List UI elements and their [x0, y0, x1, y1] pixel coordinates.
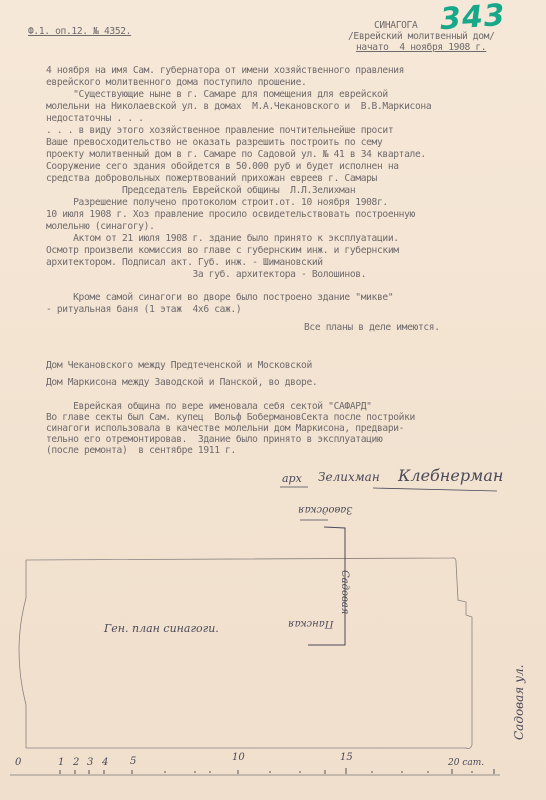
- street-label-sadovaya-right: Садовая ул.: [512, 665, 526, 740]
- street-label-zavodskaya: Заводская: [298, 504, 353, 515]
- scale-tick-label: 0: [15, 757, 21, 768]
- street-label-panskaya: Панская: [288, 618, 333, 629]
- scale-tick-label: 3: [87, 757, 93, 768]
- site-plan-caption: Ген. план синагоги.: [104, 622, 219, 635]
- scale-tick-label: 2: [73, 757, 79, 768]
- site-plan-drawing: [0, 0, 546, 800]
- scale-tick-label: 4: [102, 757, 108, 768]
- scale-tick-label: 20 сат.: [448, 758, 484, 768]
- scale-tick-label: 10: [232, 752, 245, 763]
- scale-tick-label: 5: [130, 756, 136, 767]
- archive-document-page: Ф.1. оп.12. № 4352. СИНАГОГА /Еврейский …: [0, 0, 546, 800]
- scale-tick-label: 15: [340, 752, 353, 763]
- scale-tick-label: 1: [58, 757, 64, 768]
- street-label-sadovaya-side: Садовая: [339, 570, 350, 614]
